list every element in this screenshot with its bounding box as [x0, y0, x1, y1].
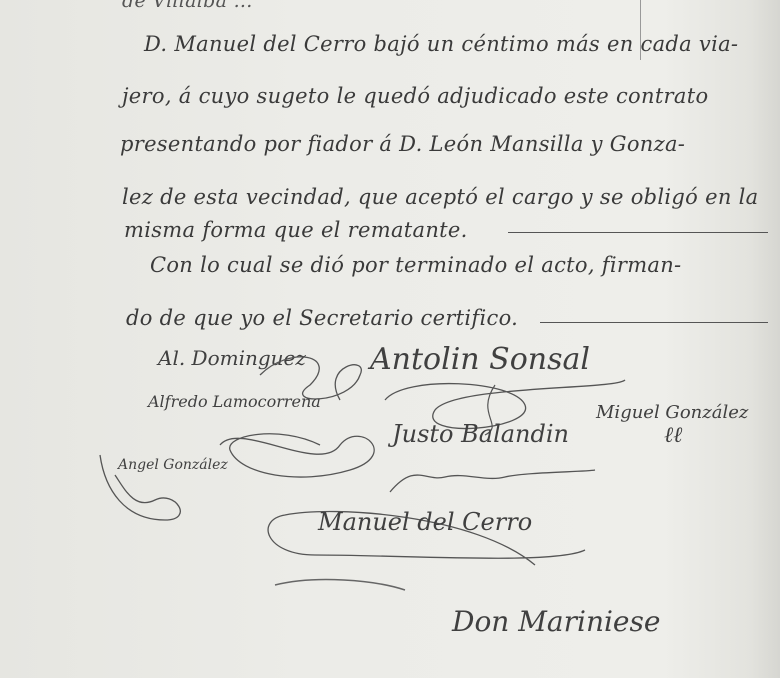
line-filler-rule-2 — [540, 322, 768, 323]
text-line-6: Con lo cual se dió por terminado el acto… — [150, 253, 681, 277]
text-line-1: D. Manuel del Cerro bajó un céntimo más … — [144, 32, 738, 56]
flourish-icon-alfredo — [200, 415, 400, 485]
signature-mariniese: Don Mariniese — [452, 605, 660, 638]
signature-angel: Angel González — [118, 457, 228, 473]
flourish-icon-justo — [385, 452, 605, 502]
text-line-3: presentando por fiador á D. León Mansill… — [120, 132, 685, 156]
signature-cerro: Manuel del Cerro — [318, 508, 532, 536]
signature-miguel: Miguel González — [596, 402, 748, 423]
line-filler-rule-1 — [508, 232, 768, 233]
text-line-4: lez de esta vecindad, que aceptó el carg… — [122, 185, 758, 209]
signature-antolin: Antolin Sonsal — [370, 342, 590, 377]
signature-dominguez: Al. Dominguez — [158, 346, 306, 370]
signature-justo: Justo Balandin — [392, 420, 569, 448]
signature-alfredo: Alfredo Lamocorrena — [148, 392, 321, 411]
text-line-2: jero, á cuyo sugeto le quedó adjudicado … — [122, 84, 708, 108]
signature-miguel-rubric: ℓℓ — [664, 422, 682, 448]
text-line-7: do de que yo el Secretario certifico. — [126, 306, 518, 330]
manuscript-page: de Villalba ... D. Manuel del Cerro bajó… — [0, 0, 780, 678]
text-line-5: misma forma que el rematante. — [124, 218, 468, 242]
text-line-0: de Villalba ... — [122, 0, 253, 12]
